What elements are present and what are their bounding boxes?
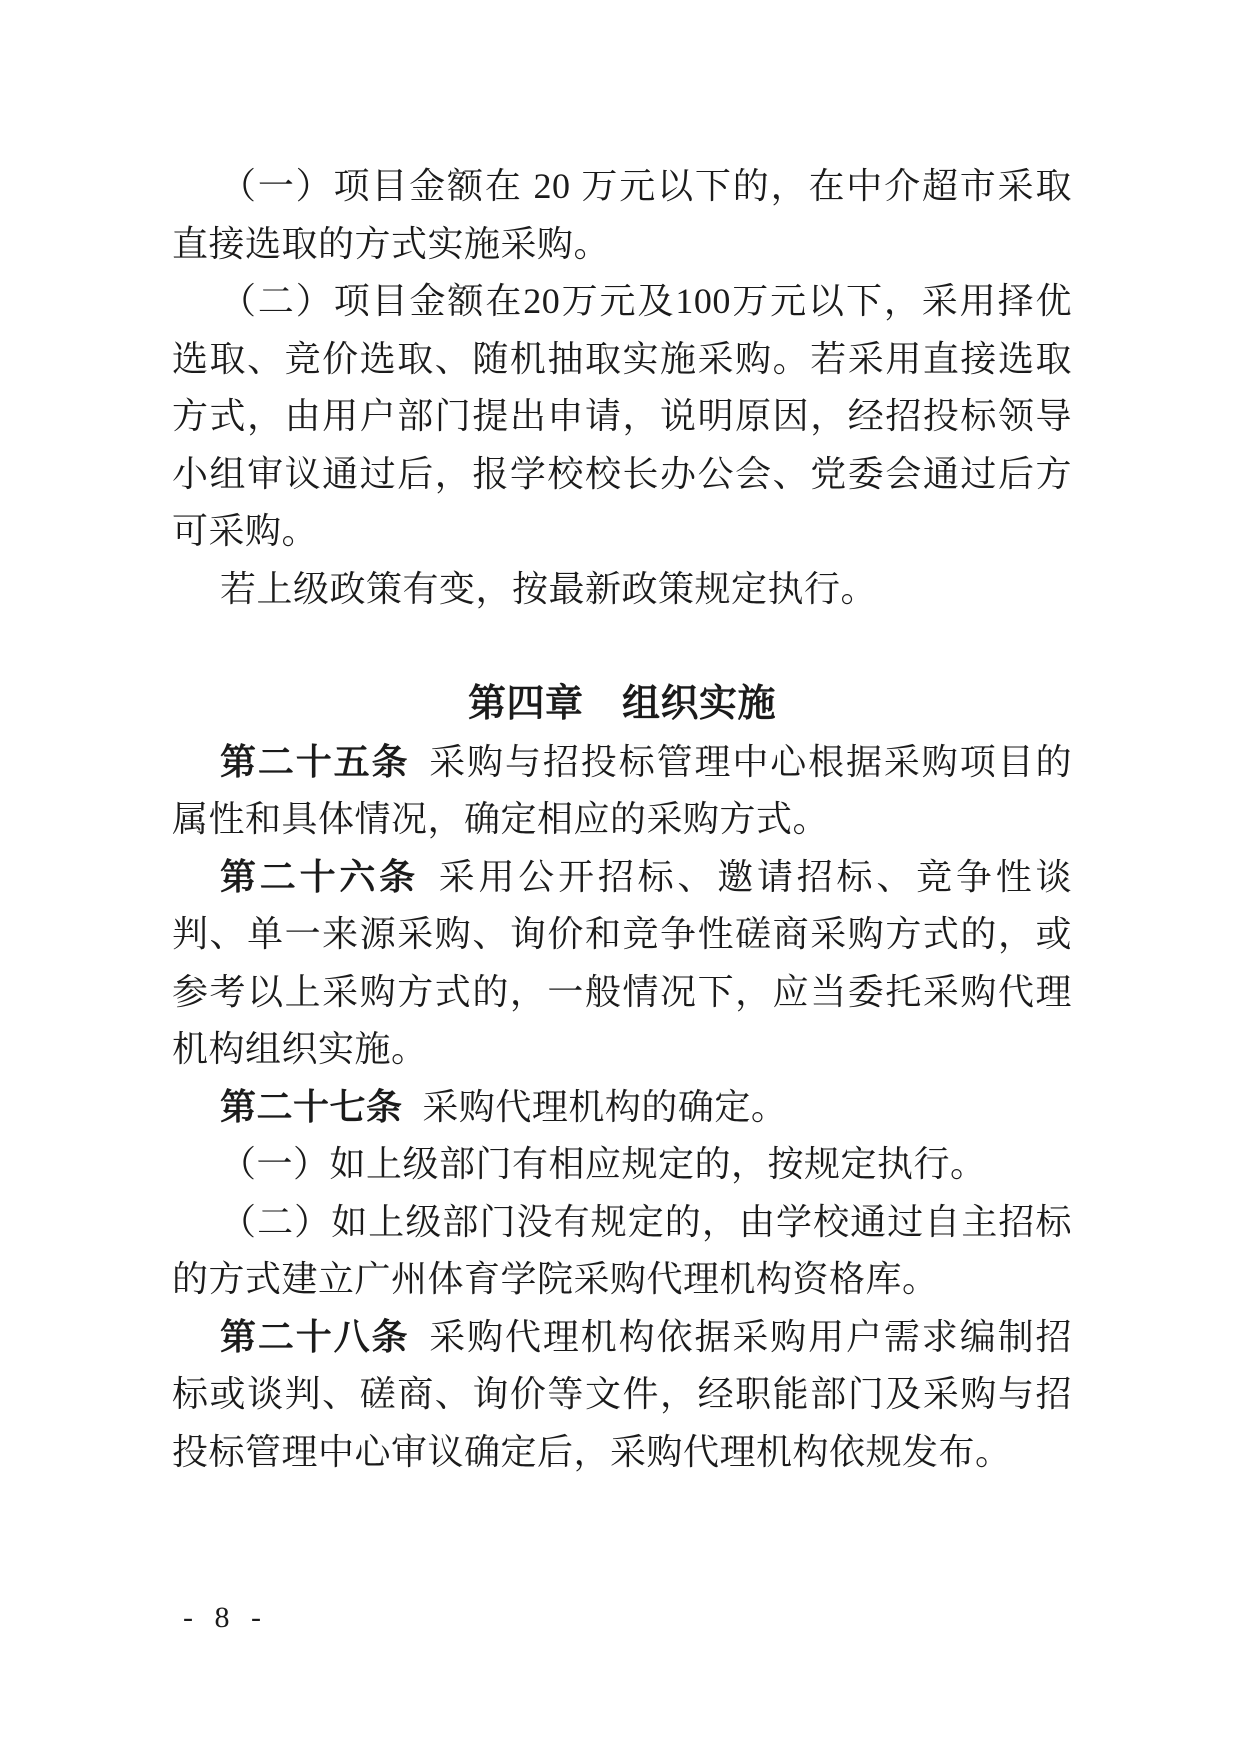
clause-number: 第二十八条 bbox=[220, 1317, 409, 1357]
paragraph-text: 若上级政策有变，按最新政策规定执行。 bbox=[220, 569, 877, 609]
paragraph: 第二十八条采购代理机构依据采购用户需求编制招标或谈判、磋商、询价等文件，经职能部… bbox=[172, 1309, 1072, 1482]
page-number: - 8 - bbox=[183, 1601, 268, 1634]
document-body: （一）项目金额在 20 万元以下的，在中介超市采取直接选取的方式实施采购。 （二… bbox=[172, 158, 1072, 1481]
clause-number: 第二十六条 bbox=[220, 857, 419, 897]
paragraph-text: （一）项目金额在 20 万元以下的，在中介超市采取直接选取的方式实施采购。 bbox=[172, 166, 1072, 264]
clause-number: 第二十七条 bbox=[220, 1087, 403, 1127]
paragraph: （二）如上级部门没有规定的，由学校通过自主招标的方式建立广州体育学院采购代理机构… bbox=[172, 1194, 1072, 1309]
clause-number: 第二十五条 bbox=[220, 742, 409, 782]
paragraph: （二）项目金额在20万元及100万元以下，采用择优选取、竞价选取、随机抽取实施采… bbox=[172, 273, 1072, 561]
document-page: （一）项目金额在 20 万元以下的，在中介超市采取直接选取的方式实施采购。 （二… bbox=[0, 0, 1240, 1753]
paragraph: （一）如上级部门有相应规定的，按规定执行。 bbox=[172, 1136, 1072, 1194]
paragraph-text: （一）如上级部门有相应规定的，按规定执行。 bbox=[220, 1144, 987, 1184]
paragraph-text: （二）项目金额在20万元及100万元以下，采用择优选取、竞价选取、随机抽取实施采… bbox=[172, 281, 1072, 551]
paragraph: 若上级政策有变，按最新政策规定执行。 bbox=[172, 561, 1072, 619]
paragraph: （一）项目金额在 20 万元以下的，在中介超市采取直接选取的方式实施采购。 bbox=[172, 158, 1072, 273]
paragraph: 第二十六条采用公开招标、邀请招标、竞争性谈判、单一来源采购、询价和竞争性磋商采购… bbox=[172, 849, 1072, 1079]
paragraph: 第二十七条采购代理机构的确定。 bbox=[172, 1079, 1072, 1137]
paragraph-text: （二）如上级部门没有规定的，由学校通过自主招标的方式建立广州体育学院采购代理机构… bbox=[172, 1202, 1072, 1300]
chapter-heading: 第四章 组织实施 bbox=[172, 676, 1072, 734]
page-footer: - 8 - bbox=[183, 1598, 268, 1638]
paragraph-text: 采购代理机构的确定。 bbox=[422, 1087, 787, 1127]
paragraph: 第二十五条采购与招投标管理中心根据采购项目的属性和具体情况，确定相应的采购方式。 bbox=[172, 734, 1072, 849]
